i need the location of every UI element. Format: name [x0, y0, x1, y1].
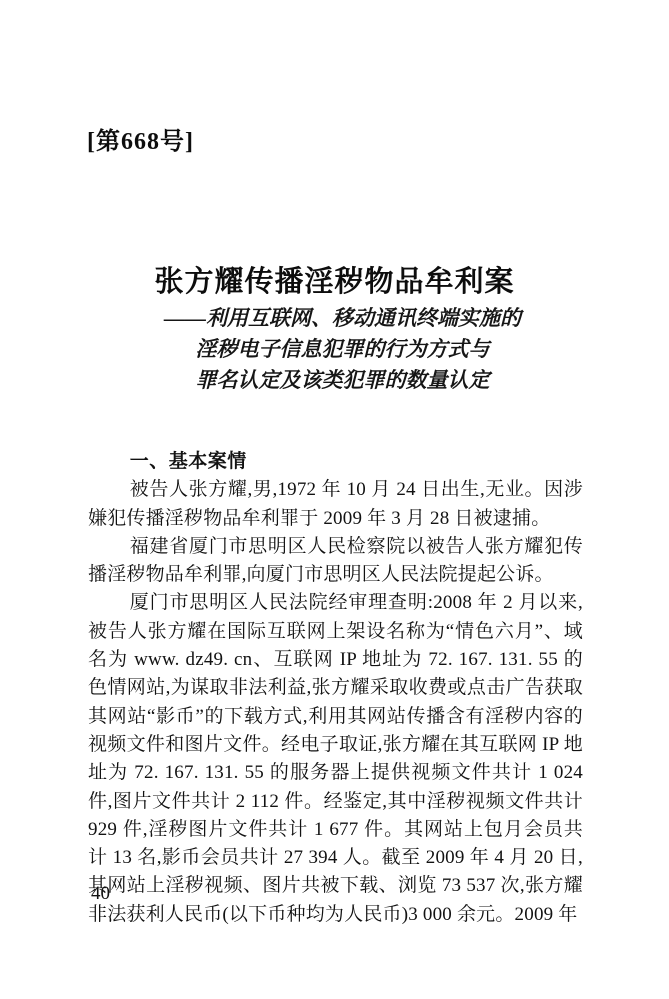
case-body: 一、基本案情 被告人张方耀,男,1972 年 10 月 24 日出生,无业。因涉… — [88, 448, 583, 929]
body-paragraph-3: 厦门市思明区人民法院经审理查明:2008 年 2 月以来,被告人张方耀在国际互联… — [88, 589, 583, 929]
case-number-label: [第668号] — [87, 121, 194, 156]
body-paragraph-2: 福建省厦门市思明区人民检察院以被告人张方耀犯传播淫秽物品牟利罪,向厦门市思明区人… — [88, 533, 583, 590]
case-title: 张方耀传播淫秽物品牟利案 — [0, 259, 669, 300]
body-paragraph-1: 被告人张方耀,男,1972 年 10 月 24 日出生,无业。因涉嫌犯传播淫秽物… — [88, 476, 583, 533]
case-subtitle: ——利用互联网、移动通讯终端实施的 淫秽电子信息犯罪的行为方式与 罪名认定及该类… — [8, 303, 669, 396]
case-subtitle-line-3: 罪名认定及该类犯罪的数量认定 — [8, 365, 669, 396]
case-subtitle-line-1: ——利用互联网、移动通讯终端实施的 — [8, 303, 669, 334]
section-heading-basic-facts: 一、基本案情 — [88, 448, 583, 476]
case-subtitle-line-2: 淫秽电子信息犯罪的行为方式与 — [8, 334, 669, 365]
page-number: 40 — [91, 883, 110, 905]
book-page: [第668号] 张方耀传播淫秽物品牟利案 ——利用互联网、移动通讯终端实施的 淫… — [0, 0, 669, 999]
